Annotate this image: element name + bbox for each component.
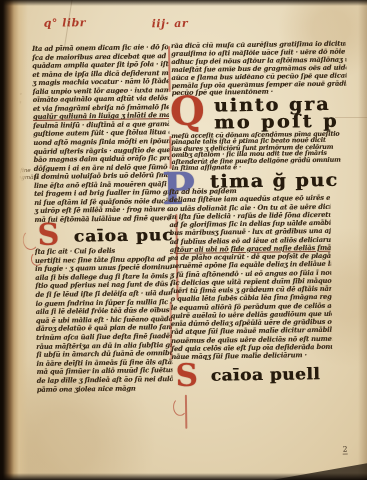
book-gutter-shadow bbox=[0, 0, 28, 480]
right-column-middle-text: meſū acceſit cū dōnam aſcendāmus pīma qu… bbox=[171, 131, 348, 172]
decorated-initial-q: Q bbox=[170, 92, 205, 132]
page-edge-right bbox=[358, 0, 367, 480]
left-column-lower-text: ſta ſic ait · Cui ſo delisuertiſti nec ſ… bbox=[35, 246, 173, 394]
running-title-center: iij· ar bbox=[152, 17, 189, 31]
manuscript-page-scan: q° libr iij· ar aʒ°die uult ut ad fineho… bbox=[0, 0, 367, 480]
left-column-upper-text: Ita ad pīmā onem dicam ſic aie · dō ſo d… bbox=[32, 43, 170, 224]
page-content: q° libr iij· ar aʒ°die uult ut ad fineho… bbox=[0, 0, 367, 480]
penwork-line bbox=[168, 46, 170, 92]
right-column-lower-text: ſta ad hōis paſdemdeliana ſiſtēue iam aq… bbox=[169, 186, 332, 361]
incipit-heading: caīoa puc bbox=[74, 226, 174, 246]
folio-number: 2 bbox=[343, 446, 348, 455]
incipit-heading-line2: mo poſt p bbox=[214, 111, 339, 134]
decorated-initial-s: S bbox=[37, 221, 59, 251]
text-line: pāmō ona ʒiolea nice māgn bbox=[37, 383, 173, 393]
page-edge-bottom bbox=[0, 473, 367, 480]
page-edge-top bbox=[0, 0, 367, 6]
incipit-heading: caīoa puell bbox=[210, 365, 320, 386]
running-title-left: q° libr bbox=[44, 16, 87, 30]
penwork-flourish bbox=[173, 398, 187, 416]
decorated-initial-s: S bbox=[175, 361, 198, 392]
